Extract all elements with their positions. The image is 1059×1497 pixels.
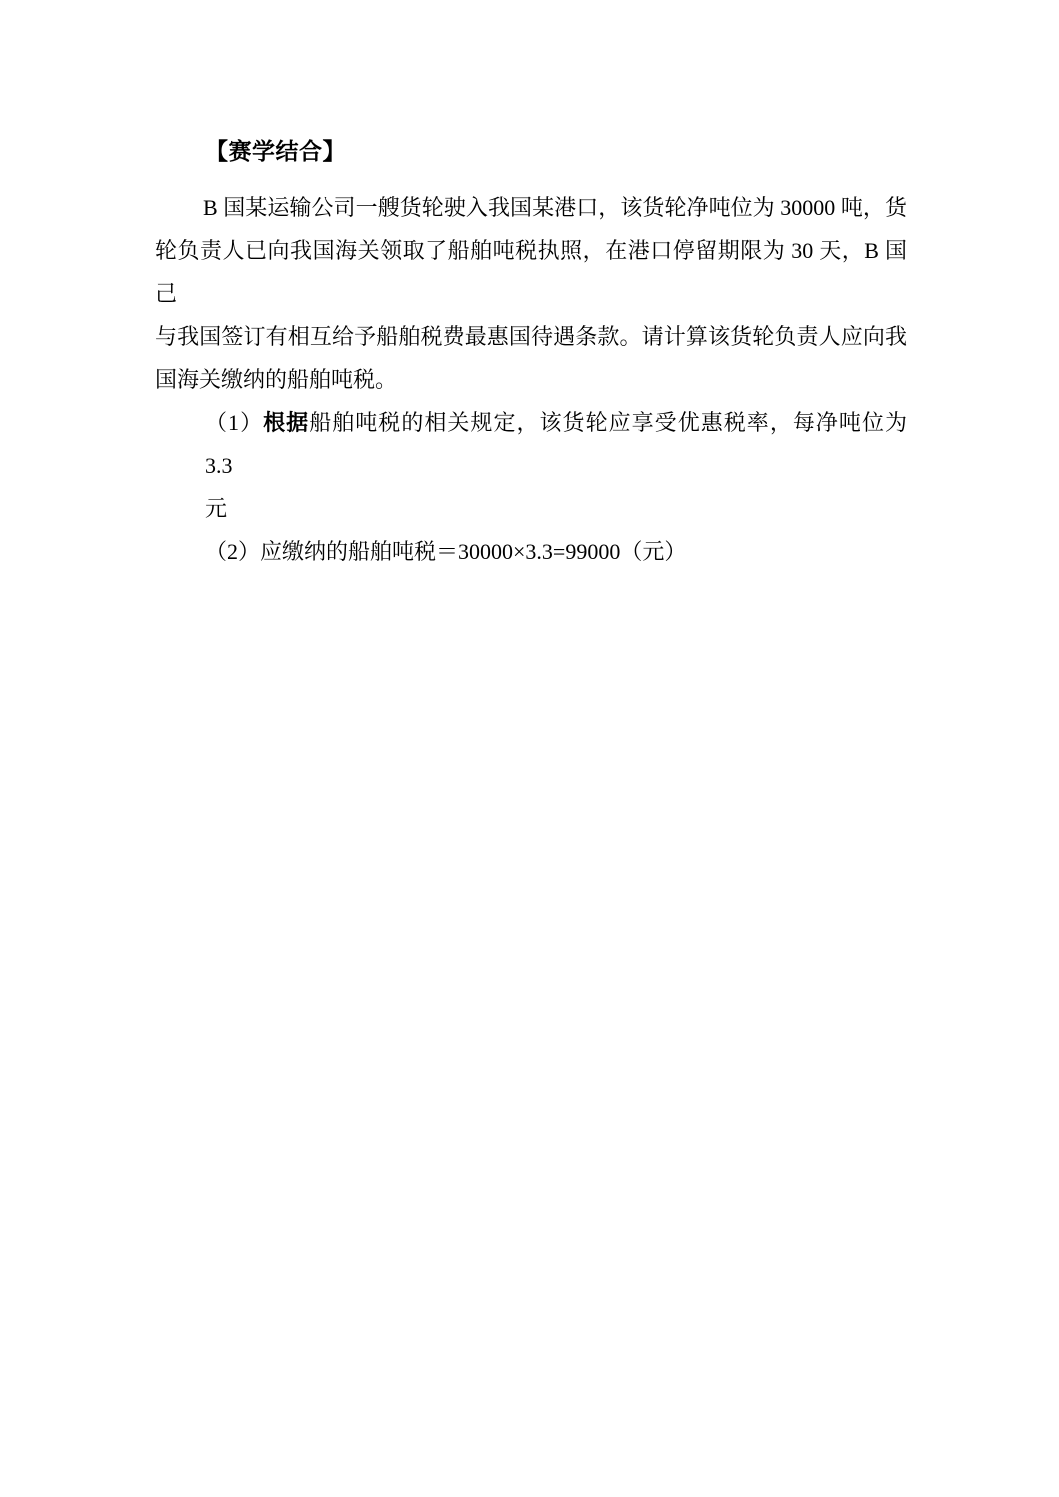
answer-2-line: （2）应缴纳的船舶吨税＝30000×3.3=99000（元） <box>205 530 907 573</box>
document-page: 【赛学结合】 B 国某运输公司一艘货轮驶入我国某港口，该货轮净吨位为 30000… <box>0 0 1059 1497</box>
answer-1-line-2: 元 <box>205 487 907 530</box>
answer-1-text: 船舶吨税的相关规定，该货轮应享受优惠税率，每净吨位为 3.3 <box>205 410 907 478</box>
document-content: 【赛学结合】 B 国某运输公司一艘货轮驶入我国某港口，该货轮净吨位为 30000… <box>0 0 1059 573</box>
answer-1-bold-text: 根据 <box>263 410 309 435</box>
answer-1-line-1: （1）根据船舶吨税的相关规定，该货轮应享受优惠税率，每净吨位为 3.3 <box>205 401 907 487</box>
intro-line-2: 轮负责人已向我国海关领取了船舶吨税执照，在港口停留期限为 30 天，B 国己 <box>155 229 907 315</box>
intro-line-1: B 国某运输公司一艘货轮驶入我国某港口，该货轮净吨位为 30000 吨，货 <box>155 186 907 229</box>
intro-line-3: 与我国签订有相互给予船舶税费最惠国待遇条款。请计算该货轮负责人应向我 <box>155 315 907 358</box>
section-heading: 【赛学结合】 <box>155 136 907 166</box>
intro-line-4: 国海关缴纳的船舶吨税。 <box>155 358 907 401</box>
answer-1-number: （1） <box>205 410 263 435</box>
